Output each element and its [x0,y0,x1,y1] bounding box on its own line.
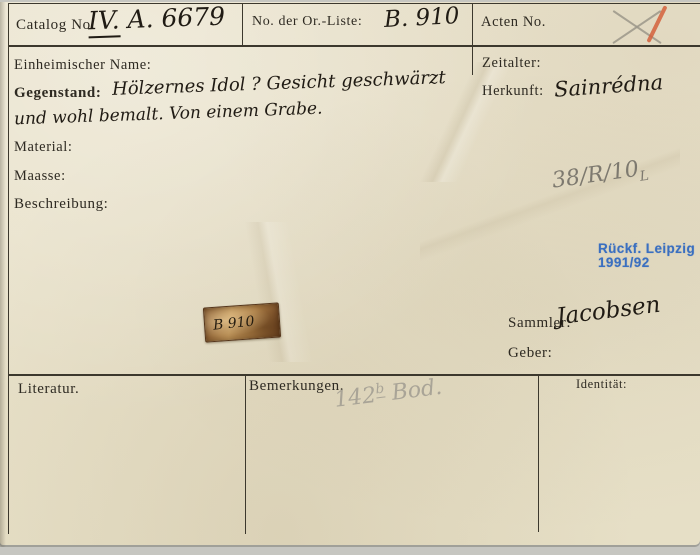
zeitalter-label: Zeitalter: [482,55,541,72]
scanned-catalog-card: Catalog No. IV. A. 6679 No. der Or.-List… [0,0,700,555]
bemerkungen-pencil-note: 142b Bod. [333,374,444,413]
catalog-number: A. 6679 [127,2,226,34]
left-frame-rule [8,3,9,534]
footer-top-rule [8,374,700,376]
orliste-label: No. der Or.-Liste: [252,14,362,30]
stamp-line1: Rückf. Leipzig [598,242,695,256]
stamp-line2: 1991/92 [598,256,695,270]
header-bottom-rule [8,45,700,47]
note-number: 142 [333,383,378,413]
paper-crease [60,222,480,362]
identitaet-label: Identität: [576,377,627,392]
acten-no-label: Acten No. [481,14,546,31]
geber-label: Geber: [508,345,552,362]
catalog-roman-numeral: IV. [88,5,121,38]
beschreibung-label: Beschreibung: [14,196,108,213]
sammler-value: Jacobsen [555,292,662,331]
herkunft-value: Sainrédna [553,70,664,102]
rueckfuehrung-stamp: Rückf. Leipzig 1991/92 [598,242,695,270]
orliste-value: B. 910 [383,3,460,33]
catalog-no-value: IV. A. 6679 [88,2,226,36]
paper-edge-shadow [0,2,6,547]
card-paper: Catalog No. IV. A. 6679 No. der Or.-List… [0,2,700,545]
old-paper-sticker: B 910 [203,302,281,342]
header-divider-1 [242,3,243,45]
material-label: Material: [14,139,73,156]
bemerkungen-label: Bemerkungen. [249,378,344,395]
einheimischer-name-label: Einheimischer Name: [14,57,151,74]
inventory-code: 38/R/10 [550,157,640,194]
footer-divider-1 [245,376,246,534]
sticker-number: B 910 [212,313,255,333]
header-divider-2 [472,3,473,75]
literatur-label: Literatur. [18,381,79,398]
footer-divider-2 [538,376,539,532]
inventory-sub: L [639,168,650,185]
header-top-rule [8,3,700,4]
catalog-no-label: Catalog No. [16,17,95,34]
gegenstand-label: Gegenstand: [14,85,101,102]
inventory-pencil-note: 38/R/10L [550,155,649,197]
gegenstand-value-line2: und wohl bemalt. Von einem Grabe. [14,99,323,130]
gegenstand-value-line1: Hölzernes Idol ? Gesicht geschwärzt [112,67,446,100]
note-rest: Bod. [383,375,443,407]
maasse-label: Maasse: [14,168,66,185]
herkunft-label: Herkunft: [482,83,544,100]
